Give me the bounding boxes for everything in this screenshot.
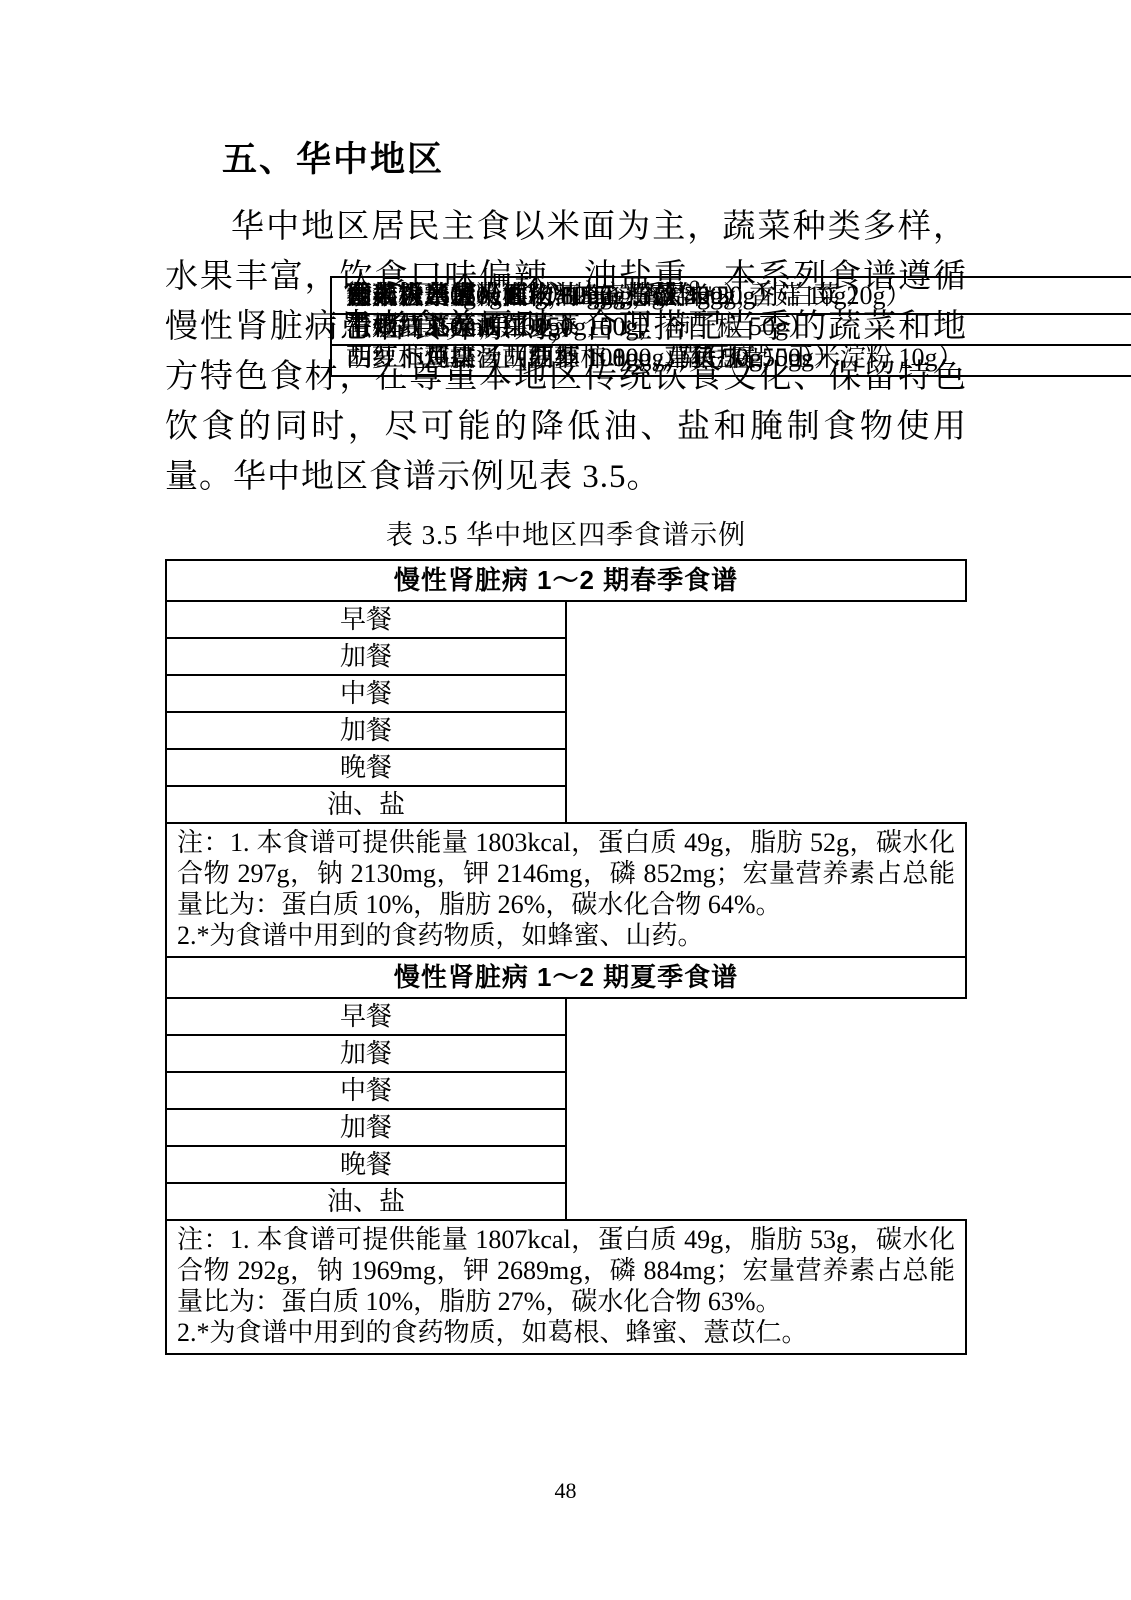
meal-label: 晚餐	[166, 1146, 566, 1183]
recipe-table-body: 慢性肾脏病 1～2 期春季食谱早餐青菜香菇包（面粉 120g，香菇 20g，小白…	[166, 560, 966, 1354]
note-line: 2.*为食谱中用到的食药物质，如蜂蜜、山药。	[177, 920, 955, 951]
table-notes: 注：1. 本食谱可提供能量 1803kcal，蛋白质 49g，脂肪 52g，碳水…	[166, 823, 966, 957]
table-caption: 表 3.5 华中地区四季食谱示例	[165, 518, 967, 552]
meal-label: 早餐	[166, 601, 566, 638]
meal-label: 加餐	[166, 1035, 566, 1072]
meal-label: 加餐	[166, 638, 566, 675]
table-section-header: 慢性肾脏病 1～2 期春季食谱	[166, 560, 966, 601]
meal-label: 加餐	[166, 1109, 566, 1146]
table-row: 中餐大米饭（大米 80g）青椒萝卜丝（白萝卜 100g，柿子椒 50g）西红柿豆…	[166, 675, 966, 712]
meal-item: 清炒红苋菜（红苋菜 150g）	[346, 311, 1131, 342]
table-row: 加餐葛根粉羹（葛根粉*15g，蜂蜜*5g）	[166, 1035, 966, 1072]
table-row: 早餐香菇粉条包（面粉 80g，粉条 30g，香菇 10g）牛奶（250mL）	[166, 998, 966, 1035]
meal-label: 中餐	[166, 675, 566, 712]
table-notes-row: 注：1. 本食谱可提供能量 1807kcal，蛋白质 49g，脂肪 53g，碳水…	[166, 1220, 966, 1354]
meal-item: 胡萝卜炖排骨（胡萝卜 100g，猪排骨 50g）	[346, 342, 1131, 373]
page-number: 48	[0, 1478, 1131, 1504]
table-row: 中餐大米饭（大米 60g）滑藕片（莲藕 160g）西红柿鱼块（西红柿 100g，…	[166, 1072, 966, 1109]
table-row: 早餐青菜香菇包（面粉 120g，香菇 20g，小白菜 20g）牛奶（250mL）	[166, 601, 966, 638]
note-line: 2.*为食谱中用到的食药物质，如葛根、蜂蜜、薏苡仁。	[177, 1317, 955, 1348]
meal-label: 加餐	[166, 712, 566, 749]
section-heading: 五、华中地区	[165, 138, 967, 182]
meal-label: 油、盐	[166, 1183, 566, 1220]
document-page: 五、华中地区 华中地区居民主食以米面为主，蔬菜种类多样，水果丰富，饮食口味偏辣、…	[0, 0, 1131, 1600]
table-row: 加餐西瓜（250g）	[166, 1109, 966, 1146]
table-section-row: 慢性肾脏病 1～2 期夏季食谱	[166, 957, 966, 998]
note-line: 注：1. 本食谱可提供能量 1807kcal，蛋白质 49g，脂肪 53g，碳水…	[177, 1224, 955, 1317]
meal-label: 晚餐	[166, 749, 566, 786]
table-section-row: 慢性肾脏病 1～2 期春季食谱	[166, 560, 966, 601]
meal-item: 全天总用量：植物油 35g，盐 4g	[346, 280, 1131, 311]
meal-label: 油、盐	[166, 786, 566, 823]
page-content: 五、华中地区 华中地区居民主食以米面为主，蔬菜种类多样，水果丰富，饮食口味偏辣、…	[165, 138, 967, 1355]
table-row: 加餐猕猴桃（250g）	[166, 712, 966, 749]
table-row: 油、盐全天总用量：植物油 30g，盐 4g	[166, 786, 966, 823]
note-line: 注：1. 本食谱可提供能量 1803kcal，蛋白质 49g，脂肪 52g，碳水…	[177, 827, 955, 920]
table-row: 晚餐薏米大米饭（大米 60g，薏苡仁*20g）清炒红苋菜（红苋菜 150g）胡萝…	[166, 1146, 966, 1183]
table-row: 加餐冲藕粉（藕粉 20g，蜂蜜*5g）	[166, 638, 966, 675]
table-notes: 注：1. 本食谱可提供能量 1807kcal，蛋白质 49g，脂肪 53g，碳水…	[166, 1220, 966, 1354]
recipe-table: 慢性肾脏病 1～2 期春季食谱早餐青菜香菇包（面粉 120g，香菇 20g，小白…	[165, 559, 967, 1355]
table-section-header: 慢性肾脏病 1～2 期夏季食谱	[166, 957, 966, 998]
table-notes-row: 注：1. 本食谱可提供能量 1803kcal，蛋白质 49g，脂肪 52g，碳水…	[166, 823, 966, 957]
meal-content: 全天总用量：植物油 35g，盐 4g	[330, 276, 1131, 315]
meal-label: 中餐	[166, 1072, 566, 1109]
table-row: 晚餐山药大米饭（鲜山药*50g，大米 50g）清炒油菜（油菜 150g）胡萝卜鸡…	[166, 749, 966, 786]
meal-label: 早餐	[166, 998, 566, 1035]
table-row: 油、盐全天总用量：植物油 35g，盐 4g	[166, 1183, 966, 1220]
